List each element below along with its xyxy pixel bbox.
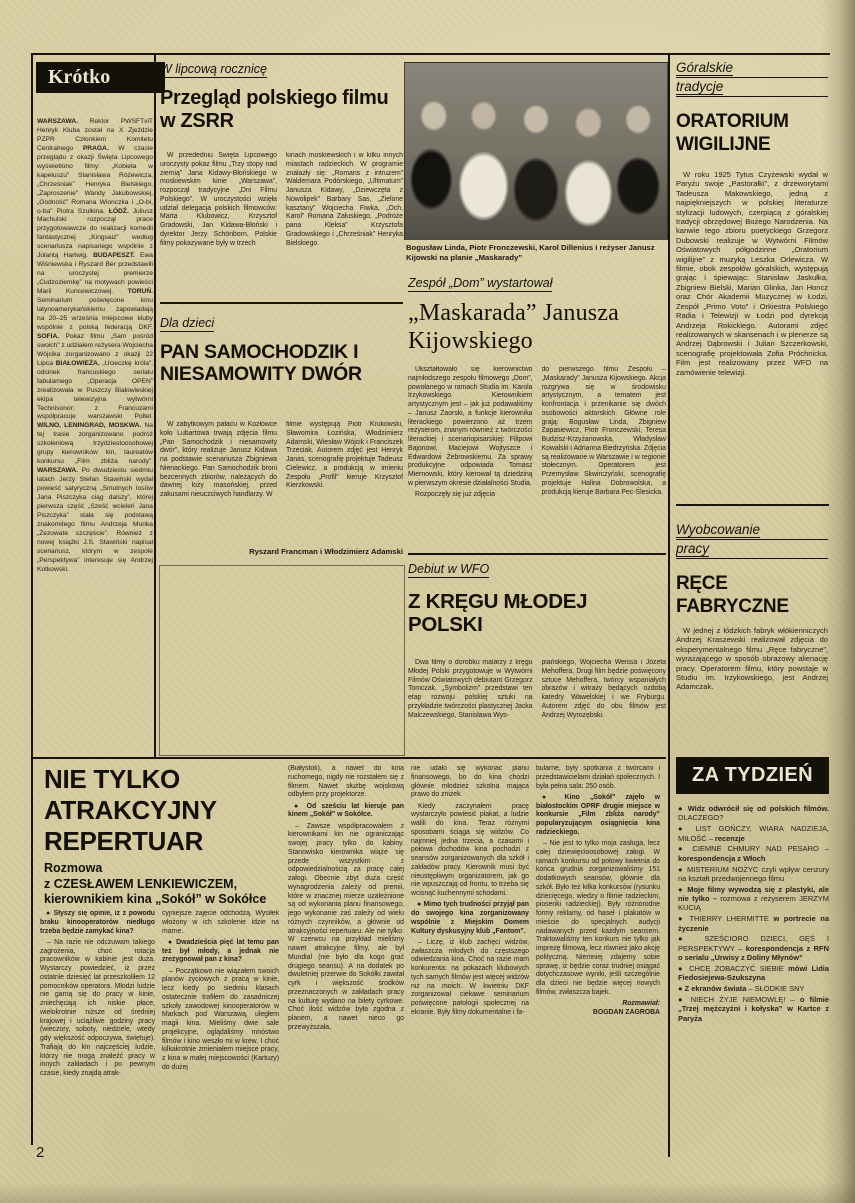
article-pan-samochodzik: Dla dzieci PAN SAMOCHODZIK I NIESAMOWITY…	[160, 316, 403, 557]
kicker-text: Zespół „Dom” wystartował	[408, 276, 552, 292]
kicker-line-2: tradycje	[676, 79, 723, 95]
kicker-goralskie-tradycje: Góralskie tradycje	[676, 60, 828, 98]
rece-body: W jednej z łódzkich fabryk włókienniczyc…	[676, 626, 828, 752]
kicker-text: W lipcową rocznicę	[160, 62, 267, 78]
page-edge-shadow-right	[821, 0, 855, 1203]
interview-subhead-line-2: z CZESŁAWEM LENKIEWICZEM,	[44, 877, 299, 893]
maskarada-column-1: Ukształtowało się kierownictwo najmłodsz…	[408, 366, 533, 548]
top-rule	[31, 53, 830, 55]
krotko-section-banner: Krótko	[36, 62, 165, 93]
przeglad-column-1: W przededniu Święta Lipcowego uroczysty …	[160, 152, 277, 286]
article-maskarada: Zespół „Dom” wystartował „Maskarada” Jan…	[408, 276, 666, 548]
interview-headline-line-2: ATRAKCYJNY	[44, 795, 294, 826]
mloda-column-1: Dwa filmy o dorobku malarzy z kręgu Młod…	[408, 659, 533, 772]
samochodzik-column-2: filmie występują Piotr Krukowski, Sławom…	[286, 421, 403, 541]
interview-subhead: Rozmowa z CZESŁAWEM LENKIEWICZEM, kierow…	[44, 861, 299, 908]
article-mloda-polska: Debiut w WFO Z KRĘGU MŁODEJ POLSKI Dwa f…	[408, 562, 666, 772]
interview-headline-line-1: NIE TYLKO	[44, 764, 294, 795]
photo-maskarada-film-set	[404, 62, 668, 240]
photo-pan-samochodzik-actors	[159, 565, 405, 756]
przeglad-headline: Przegląd polskiego filmu w ZSRR	[160, 87, 403, 133]
za-tydzien-title: ZA TYDZIEŃ	[692, 764, 813, 787]
interview-column-1: ● Słyszy się opinie, iż z powodu braku k…	[40, 910, 155, 1152]
left-edge-rule	[31, 53, 33, 1145]
rece-headline: RĘCE FABRYCZNE	[676, 572, 830, 618]
oratorium-headline: ORATORIUM WIGILIJNE	[676, 110, 830, 156]
interview-headline-line-3: REPERTUAR	[44, 826, 294, 857]
column-divider-left	[154, 53, 156, 758]
kicker-line-2: pracy	[676, 541, 709, 557]
za-tydzien-banner: ZA TYDZIEŃ	[676, 757, 829, 794]
kicker-w-lipcowa-rocznice: W lipcową rocznicę	[160, 62, 403, 78]
krotko-title: Krótko	[48, 66, 110, 89]
mloda-column-2: piańskiego, Wojciecha Weissa i Józefa Me…	[542, 659, 667, 772]
samochodzik-column-1: W zabytkowym pałacu w Kozłówce koło Luba…	[160, 421, 277, 541]
kicker-line-1: Wyobcowanie	[676, 522, 760, 538]
newspaper-page: Krótko WARSZAWA. Rektor PWSFTviT Henryk …	[0, 0, 855, 1203]
article-przeglad: W lipcową rocznicę Przegląd polskiego fi…	[160, 62, 403, 286]
kicker-zespol-dom: Zespół „Dom” wystartował	[408, 276, 666, 292]
samochodzik-headline: PAN SAMOCHODZIK I NIESAMOWITY DWÓR	[160, 341, 403, 385]
interview-column-3: (Białystok), a nawet do kina ruchomego, …	[288, 765, 404, 1155]
interview-column-4: nie udało się wykonać planu finansowego,…	[411, 765, 529, 1155]
kicker-line-1: Góralskie	[676, 60, 733, 76]
mloda-headline: Z KRĘGU MŁODEJ POLSKI	[408, 590, 666, 636]
kicker-dla-dzieci: Dla dzieci	[160, 316, 403, 332]
maskarada-headline: „Maskarada” Janusza Kijowskiego	[408, 299, 666, 355]
photo-samochodzik-caption: Ryszard Francman i Włodzimierz Adamski	[160, 547, 403, 557]
column-divider-right	[668, 53, 670, 1157]
kicker-debiut-wfo: Debiut w WFO	[408, 562, 666, 578]
interview-column-2: cyjniejsze zajęcie odchodzą. Wysiłek wło…	[162, 910, 279, 1152]
interview-headline: NIE TYLKO ATRAKCYJNY REPERTUAR	[44, 764, 294, 857]
kicker-text: Dla dzieci	[160, 316, 214, 332]
interview-subhead-line-3: kierownikiem kina „Sokół” w Sokółce	[44, 892, 299, 908]
kicker-wyobcowanie-pracy: Wyobcowanie pracy	[676, 522, 828, 560]
section-rule-maskarada	[408, 553, 666, 555]
maskarada-column-2: do pierwszego filmu Zespołu – „Maskarady…	[542, 366, 667, 548]
interview-column-5: bularne, były spotkania z twórcami i prz…	[536, 765, 660, 1155]
page-edge-shadow-bottom	[0, 1181, 855, 1203]
interview-subhead-line-1: Rozmowa	[44, 861, 299, 877]
kicker-text: Debiut w WFO	[408, 562, 489, 578]
przeglad-column-2: kinach moskiewskich i w kilku innych mia…	[286, 152, 403, 286]
za-tydzien-list: ● Widz odwrócił się od polskich filmów. …	[678, 804, 829, 1152]
oratorium-body: W roku 1925 Tytus Czyżewski wydał w Pary…	[676, 170, 828, 484]
section-rule-przeglad	[160, 302, 403, 304]
section-rule-right-column	[676, 504, 829, 506]
photo-maskarada-caption: Bogusław Linda, Piotr Fronczewski, Karol…	[406, 243, 664, 262]
page-number: 2	[36, 1144, 44, 1161]
krotko-news-column: WARSZAWA. Rektor PWSFTviT Henryk Kluba z…	[37, 118, 153, 754]
